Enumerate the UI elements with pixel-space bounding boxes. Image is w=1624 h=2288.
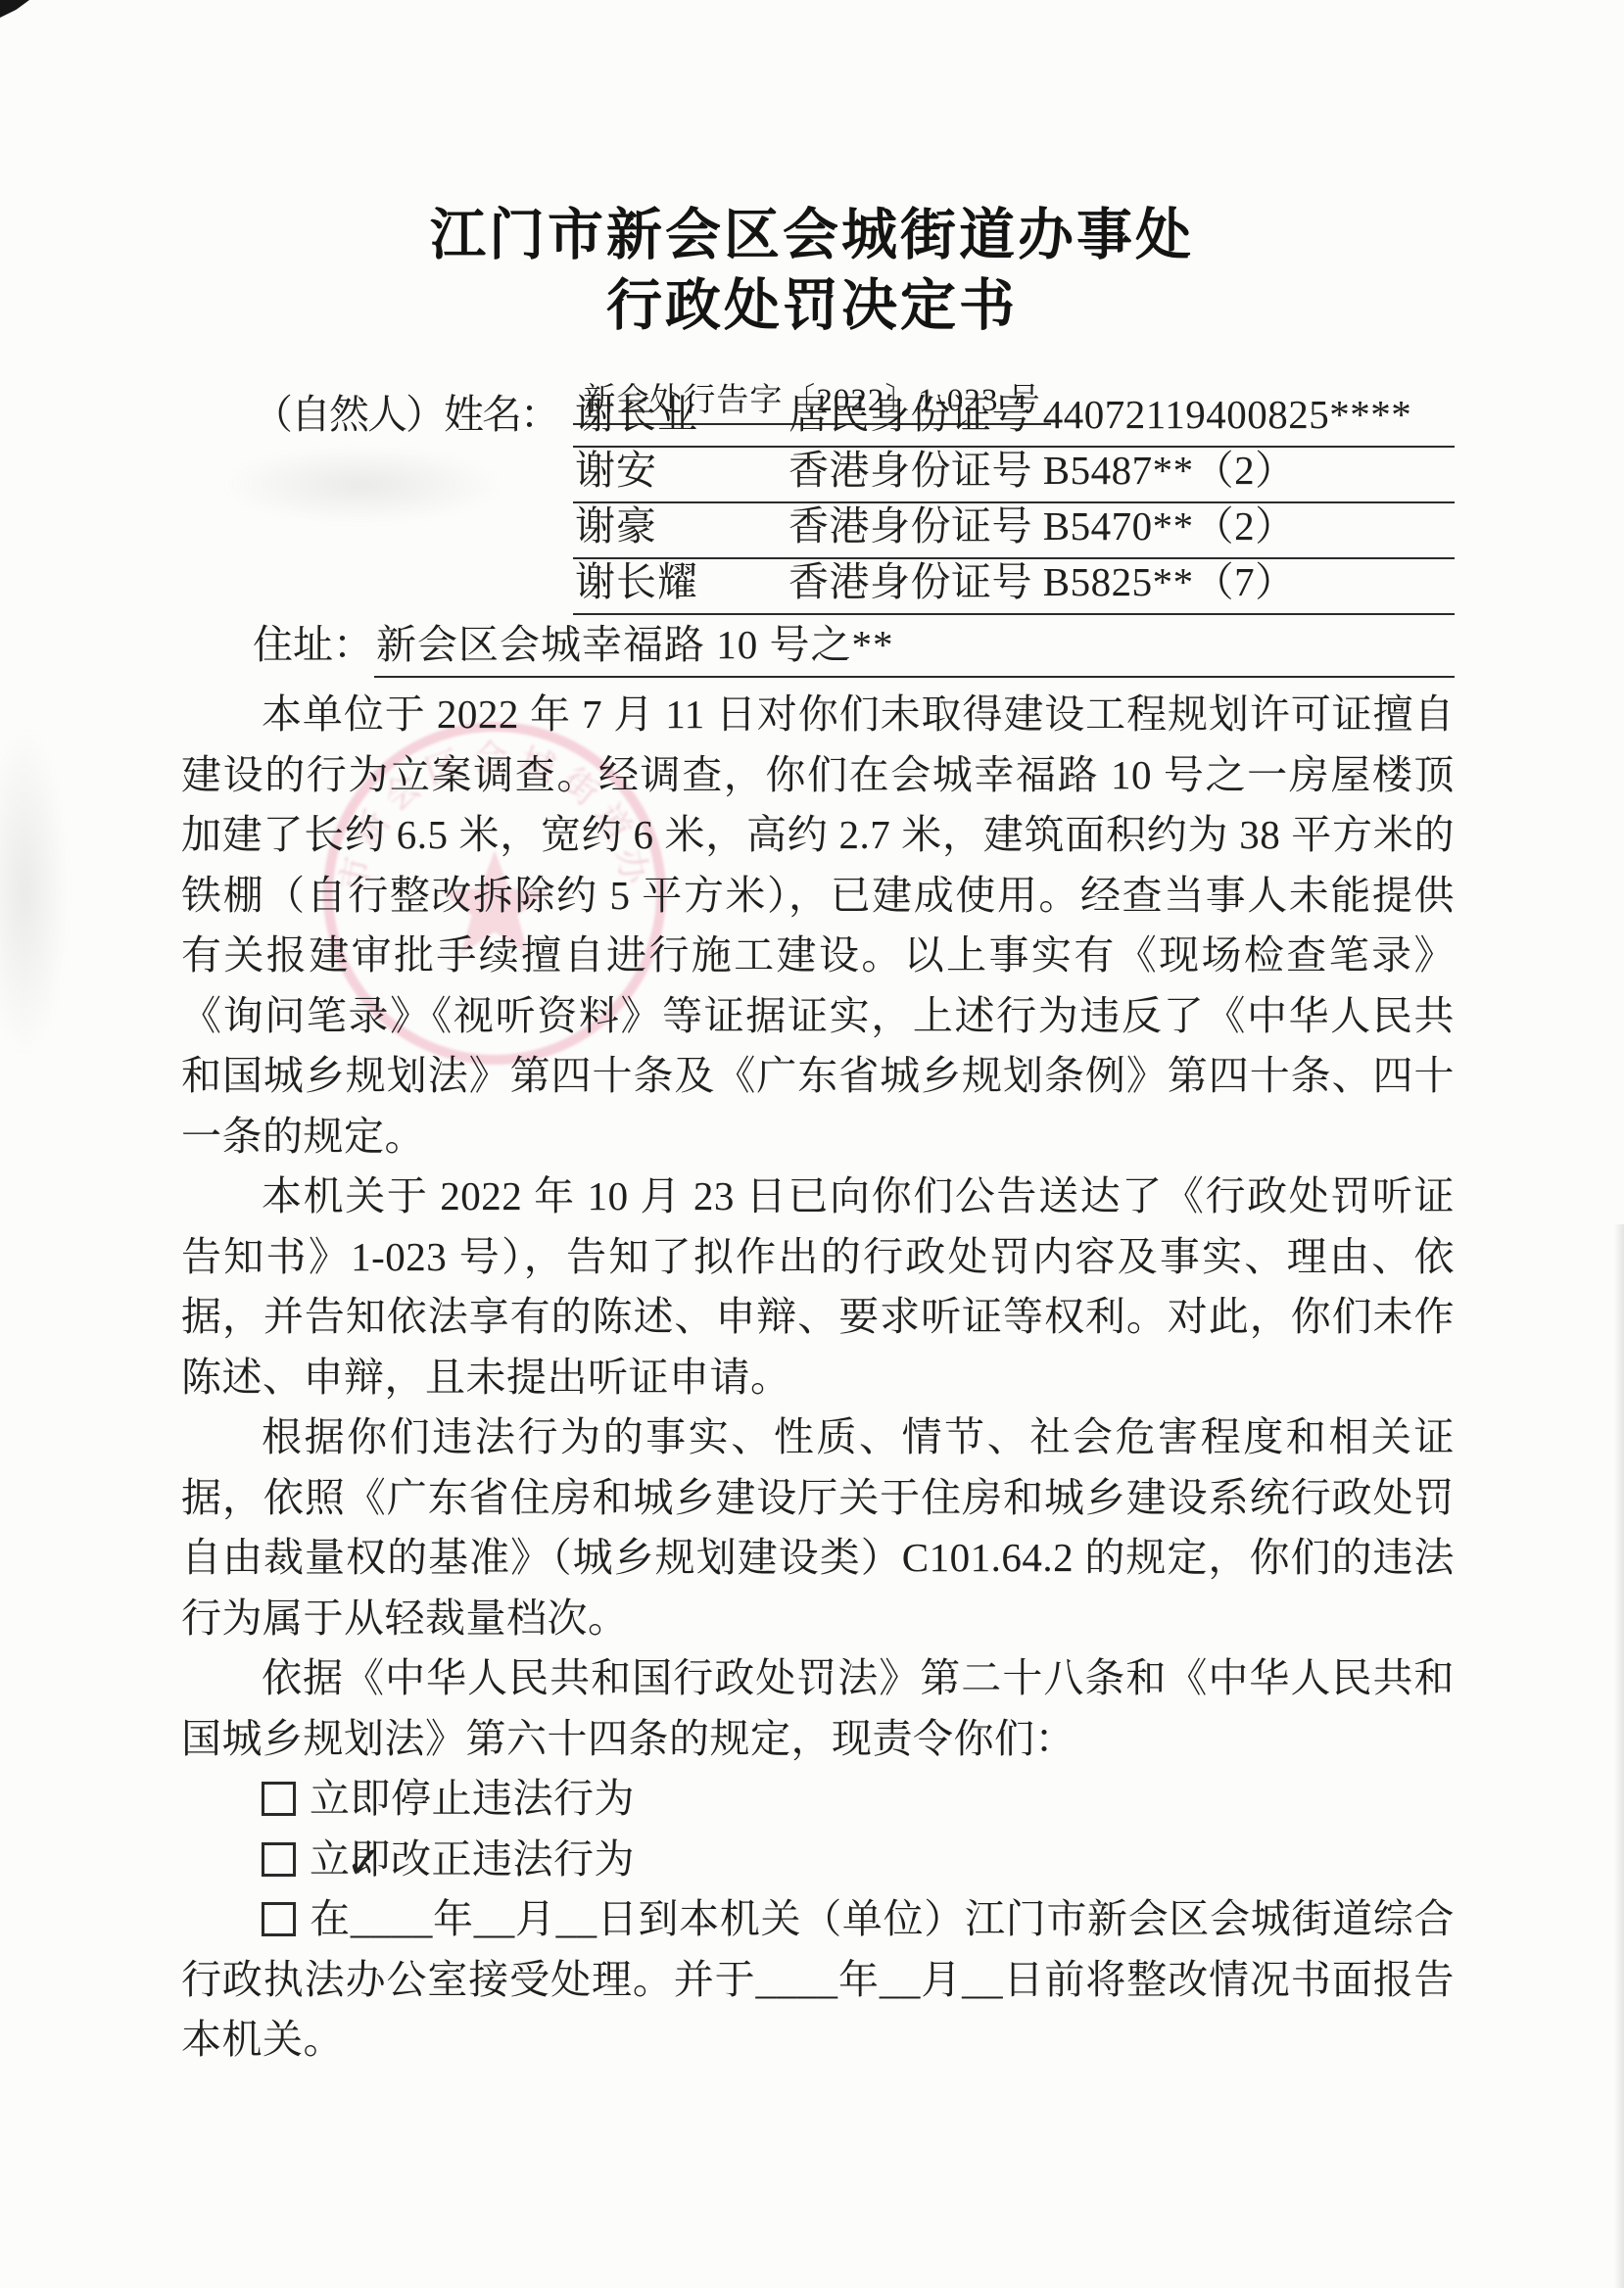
address-row: 住址： 新会区会城幸福路 10 号之**: [0, 625, 1624, 676]
paragraph-final-order: 在____年__月__日到本机关（单位）江门市新会区会城街道综合行政执法办公室接…: [181, 1889, 1455, 2071]
paragraph-legal-basis: 依据《中华人民共和国行政处罚法》第二十八条和《中华人民共和国城乡规划法》第六十四…: [181, 1648, 1455, 1769]
document-title-line1: 江门市新会区会城街道办事处: [0, 201, 1624, 271]
option-stop-violation: 立即停止违法行为: [181, 1769, 1455, 1830]
checked-checkbox-icon: [262, 1842, 296, 1877]
party-name: 谢安: [575, 438, 657, 496]
party-id-info: 香港身份证号 B5470**（2）: [788, 494, 1296, 551]
party-id-info: 居民身份证号 44072119400825****: [788, 382, 1411, 440]
address-value: 新会区会城幸福路 10 号之**: [376, 612, 894, 670]
option-label: 立即停止违法行为: [310, 1776, 635, 1821]
party-name: 谢长耀: [575, 549, 698, 607]
party-underline: 谢长耀 香港身份证号 B5825**（7）: [573, 562, 1455, 615]
paragraph-facts: 本单位于 2022 年 7 月 11 日对你们未取得建设工程规划许可证擅自建设的…: [181, 685, 1455, 1167]
party-name: 谢豪: [575, 494, 657, 551]
document-title-line2: 行政处罚决定书: [0, 271, 1624, 342]
address-underline: 新会区会城幸福路 10 号之**: [374, 625, 1455, 678]
address-label: 住址：: [253, 612, 373, 670]
party-row: 谢长耀 香港身份证号 B5825**（7）: [0, 562, 1624, 613]
paragraph-notice: 本机关于 2022 年 10 月 23 日已向你们公告送达了《行政处罚听证告知书…: [181, 1167, 1455, 1407]
scan-edge-shadow: [1614, 1224, 1624, 2288]
scanned-document-page: 江门市新会区会城街道办事处 江门市新会区会城街道办事处 行政处罚决定书 新会处行…: [0, 0, 1624, 2288]
paragraph-discretion: 根据你们违法行为的事实、性质、情节、社会危害程度和相关证据，依照《广东省住房和城…: [181, 1407, 1455, 1648]
document-body: 本单位于 2022 年 7 月 11 日对你们未取得建设工程规划许可证擅自建设的…: [181, 685, 1455, 2071]
checkbox-icon: [262, 1782, 296, 1816]
option-correct-violation: 立即改正违法行为: [181, 1830, 1455, 1890]
checkbox-icon: [262, 1902, 296, 1936]
party-name-label: （自然人）姓名：: [253, 382, 558, 440]
scan-smudge: [0, 725, 69, 1058]
party-name: 谢长业: [575, 382, 698, 440]
scan-corner-mark: [0, 0, 29, 18]
final-order-text: 在____年__月__日到本机关（单位）江门市新会区会城街道综合行政执法办公室接…: [181, 1896, 1455, 2062]
party-id-info: 香港身份证号 B5487**（2）: [788, 438, 1296, 496]
party-id-info: 香港身份证号 B5825**（7）: [788, 549, 1296, 607]
